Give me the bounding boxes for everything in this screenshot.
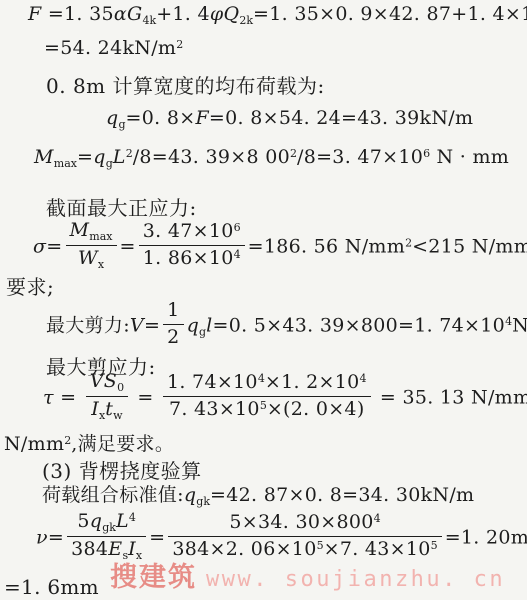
fraction-denominator: 2 xyxy=(163,325,183,350)
math-variable: VS xyxy=(90,370,117,392)
text-run: 1. 86×10 xyxy=(143,247,234,269)
subscript: gk xyxy=(196,495,210,508)
text-run: =1. 35×0. 9×42. 87+1. 4×1. 0×2 xyxy=(253,3,527,25)
text-run: 384 xyxy=(71,538,108,560)
fraction-numerator: Mmax xyxy=(66,219,117,246)
math-variable: q xyxy=(90,510,102,532)
math-variable: φQ xyxy=(210,3,239,25)
watermark-url-text: www. soujianzhu. cn xyxy=(206,567,505,592)
math-variable: q xyxy=(106,107,118,129)
text-run: = xyxy=(120,235,136,257)
math-variable: M xyxy=(70,219,90,241)
text-run: N · mm xyxy=(430,146,509,168)
math-variable: q xyxy=(93,146,105,168)
subscript: g xyxy=(106,157,113,170)
superscript: 2 xyxy=(176,38,183,51)
superscript: 4 xyxy=(360,372,367,385)
math-variable: q xyxy=(184,484,196,506)
formula-line-Mmax: Mmax=qgL2/8=43. 39×8 002/8=3. 47×106 N ·… xyxy=(34,146,509,170)
fraction-numerator: VS0 xyxy=(86,370,128,397)
text-run: 截面最大正应力: xyxy=(46,196,197,220)
text-run: 要求; xyxy=(6,275,54,299)
text-run: = xyxy=(149,526,165,548)
fraction-numerator: 1 xyxy=(163,299,183,325)
formula-line-F-combination: F =1. 35αG4k+1. 4φQ2k=1. 35×0. 9×42. 87+… xyxy=(28,3,527,27)
superscript: 5 xyxy=(431,539,438,552)
text-run: =42. 87×0. 8=34. 30kN/m xyxy=(210,484,474,506)
text-run: N xyxy=(512,314,527,336)
math-variable: σ xyxy=(33,235,46,257)
fraction-numerator: 5×34. 30×8004 xyxy=(168,511,441,537)
subscript: 0 xyxy=(117,381,124,394)
math-variable: ν xyxy=(36,526,48,548)
subscript: w xyxy=(113,409,122,422)
math-variable: F xyxy=(28,3,41,25)
subscript: 4k xyxy=(143,14,157,27)
text-line-uniform-load-intro: 0. 8m 计算宽度的均布荷载为: xyxy=(46,70,325,99)
fraction-denominator: Wx xyxy=(66,246,117,272)
superscript: 2 xyxy=(290,147,297,160)
text-run: 5 xyxy=(77,510,89,532)
formula-line-qgk: 荷载组合标准值:qgk=42. 87×0. 8=34. 30kN/m xyxy=(42,480,474,508)
math-variable: V xyxy=(130,314,144,336)
fraction-numerator: 3. 47×106 xyxy=(139,220,245,246)
superscript: 5 xyxy=(260,399,267,412)
heading-line-max-normal-stress: 截面最大正应力: xyxy=(46,192,197,221)
text-run: =0. 8×54. 24=43. 39kN/m xyxy=(209,107,473,129)
fraction-denominator: 7. 43×105×(2. 0×4) xyxy=(163,397,371,422)
formula-line-qg: qg=0. 8×F=0. 8×54. 24=43. 39kN/m xyxy=(106,107,473,131)
text-run: = xyxy=(77,146,93,168)
text-run: 最大剪力: xyxy=(46,314,130,336)
text-run: =1. 20mm≤ xyxy=(445,526,527,548)
text-run: ×(2. 0×4) xyxy=(267,398,365,420)
formula-line-F-result: =54. 24kN/m2 xyxy=(44,37,183,59)
text-run: ×1. 2×10 xyxy=(265,371,360,393)
text-run: = xyxy=(131,386,160,408)
subscript: 2k xyxy=(239,14,253,27)
document-page: F =1. 35αG4k+1. 4φQ2k=1. 35×0. 9×42. 87+… xyxy=(0,0,527,600)
text-run: =0. 8× xyxy=(126,107,196,129)
math-variable: q xyxy=(187,314,199,336)
text-run: =1. 6mm xyxy=(4,575,99,599)
fraction-denominator: Ixtw xyxy=(86,397,128,423)
text-line-tau-requirement: N/mm2,满足要求。 xyxy=(4,429,174,456)
text-run: <215 N/mm xyxy=(412,235,527,257)
superscript: 4 xyxy=(258,372,265,385)
text-run: 5×34. 30×800 xyxy=(229,511,373,533)
formula-line-max-shear-force: 最大剪力:V=12qgl=0. 5×43. 39×800=1. 74×104N xyxy=(46,301,527,352)
text-run: =186. 56 N/mm xyxy=(248,235,405,257)
subscript: gk xyxy=(102,521,116,534)
math-variable: W xyxy=(78,247,98,269)
text-run: = xyxy=(54,386,83,408)
text-run: = 35. 13 N/mm xyxy=(374,386,527,408)
text-run: /8=3. 47×10 xyxy=(297,146,423,168)
text-run: 荷载组合标准值: xyxy=(42,484,184,506)
watermark: 搜建筑www. soujianzhu. cn xyxy=(110,555,505,594)
formula-line-deflection-result: =1. 6mm xyxy=(4,575,99,599)
text-run: =0. 5×43. 39×800=1. 74×10 xyxy=(212,314,505,336)
formula-line-sigma: σ=MmaxWx=3. 47×1061. 86×104=186. 56 N/mm… xyxy=(33,221,527,274)
fraction-numerator: 5qgkL4 xyxy=(67,510,146,537)
superscript: 6 xyxy=(234,221,241,234)
text-run: 1. 74×10 xyxy=(167,371,258,393)
text-run: 1 xyxy=(167,299,179,321)
fraction: 12 xyxy=(163,299,183,350)
superscript: 4 xyxy=(234,248,241,261)
math-variable: F xyxy=(195,107,208,129)
text-run: 2 xyxy=(167,326,179,348)
text-run: = xyxy=(144,314,160,336)
text-run: = xyxy=(48,526,64,548)
text-run: 0. 8m 计算宽度的均布荷载为: xyxy=(46,74,325,98)
fraction: 3. 47×1061. 86×104 xyxy=(139,220,245,271)
subscript: x xyxy=(98,258,104,271)
text-run: ,满足要求。 xyxy=(71,433,174,455)
superscript: 4 xyxy=(374,512,381,525)
text-run: 3. 47×10 xyxy=(143,220,234,242)
subscript: max xyxy=(89,230,112,243)
text-run: +1. 4 xyxy=(156,3,210,25)
text-run: =54. 24kN/m xyxy=(44,37,176,59)
math-variable: τ xyxy=(43,386,54,408)
fraction-numerator: 1. 74×104×1. 2×104 xyxy=(163,371,371,397)
math-variable: M xyxy=(34,146,54,168)
text-run: = xyxy=(46,235,62,257)
fraction: VS0Ixtw xyxy=(86,370,128,423)
fraction: 1. 74×104×1. 2×1047. 43×105×(2. 0×4) xyxy=(163,371,371,422)
text-run: 7. 43×10 xyxy=(169,398,260,420)
fraction-denominator: 1. 86×104 xyxy=(139,246,245,271)
subscript: max xyxy=(54,157,77,170)
text-line-requirement: 要求; xyxy=(6,271,54,300)
text-run: /8=43. 39×8 00 xyxy=(133,146,290,168)
text-run: N/mm xyxy=(4,433,64,455)
text-run: =1. 35 xyxy=(41,3,113,25)
math-variable: αG xyxy=(114,3,143,25)
watermark-brand-text: 搜建筑 xyxy=(110,562,197,593)
formula-line-tau: τ = VS0Ixtw = 1. 74×104×1. 2×1047. 43×10… xyxy=(43,372,527,425)
superscript: 4 xyxy=(129,511,136,524)
subscript: g xyxy=(118,118,125,131)
math-variable: L xyxy=(116,510,129,532)
fraction: MmaxWx xyxy=(66,219,117,272)
superscript: 2 xyxy=(126,147,133,160)
math-variable: L xyxy=(113,146,126,168)
